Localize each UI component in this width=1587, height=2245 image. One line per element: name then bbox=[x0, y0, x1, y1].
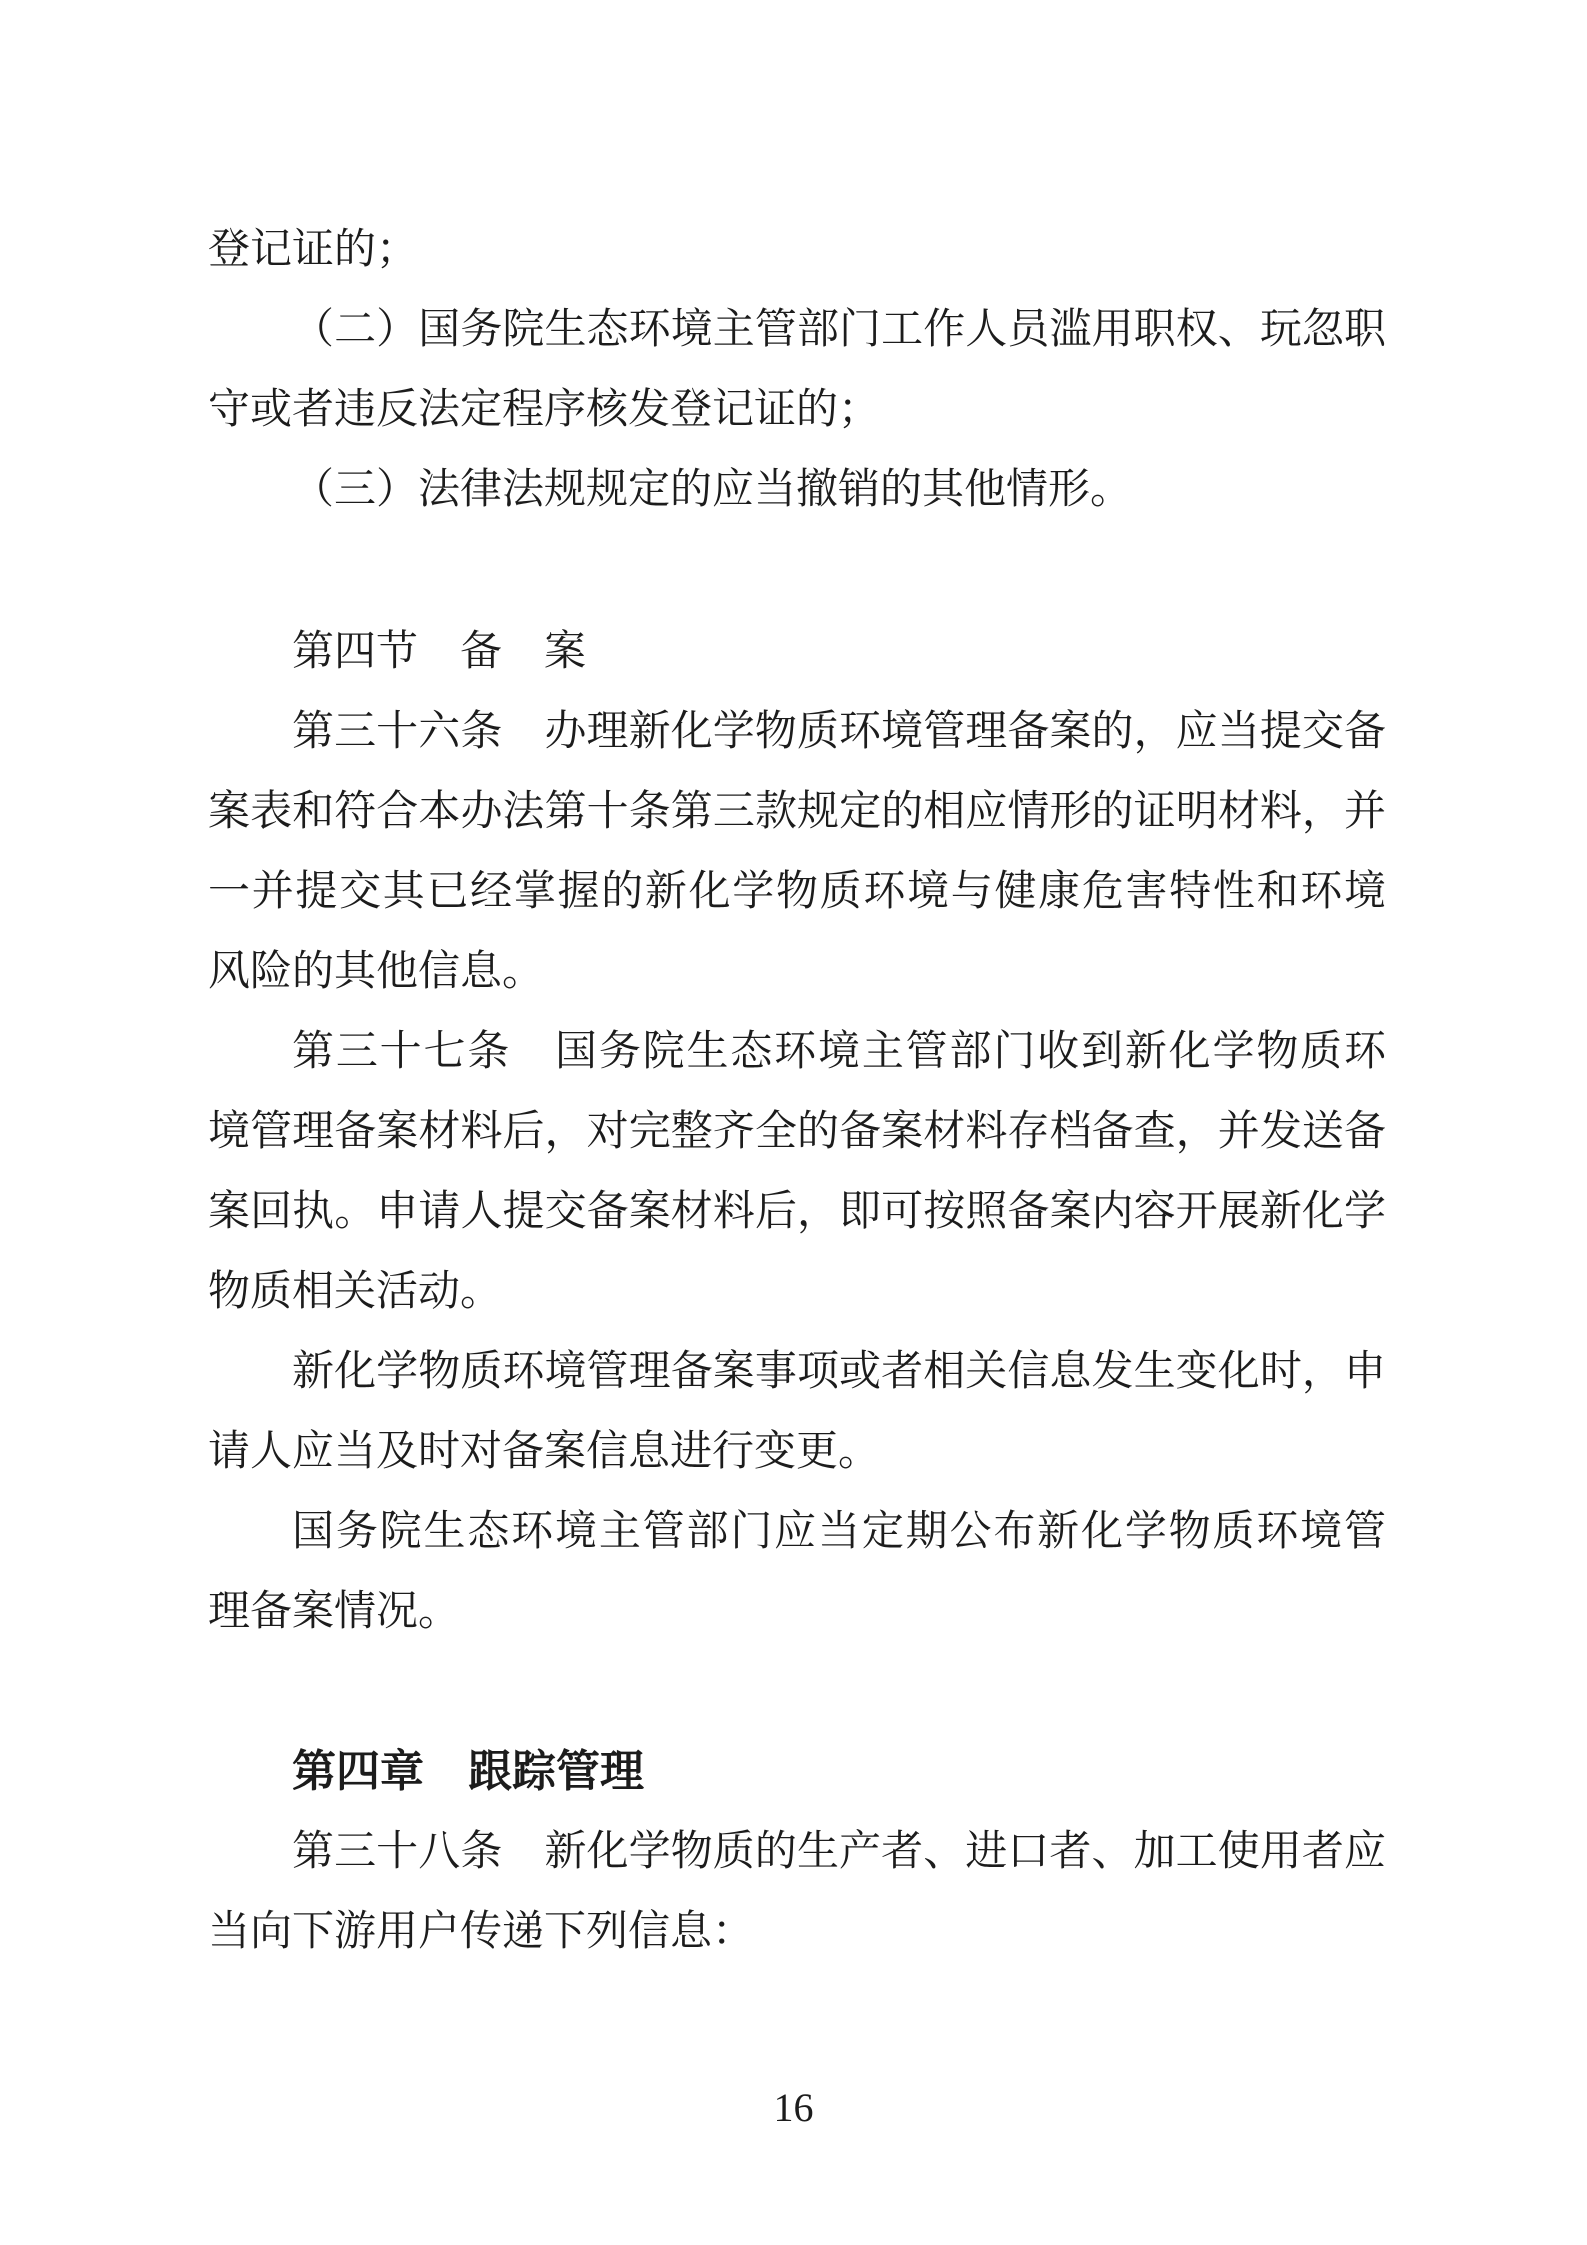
body-line: 一并提交其已经掌握的新化学物质环境与健康危害特性和环境 bbox=[208, 852, 1386, 932]
document-page: 登记证的； （二）国务院生态环境主管部门工作人员滥用职权、玩忽职 守或者违反法定… bbox=[0, 0, 1587, 2245]
section-heading: 第四节 备 案 bbox=[208, 612, 1386, 692]
page-number: 16 bbox=[0, 2068, 1587, 2148]
chapter-heading: 第四章 跟踪管理 bbox=[208, 1732, 1386, 1812]
body-line: 新化学物质环境管理备案事项或者相关信息发生变化时，申 bbox=[208, 1332, 1386, 1412]
body-line: 案回执。申请人提交备案材料后，即可按照备案内容开展新化学 bbox=[208, 1172, 1386, 1252]
body-line: 风险的其他信息。 bbox=[208, 932, 1386, 1012]
body-line: 当向下游用户传递下列信息： bbox=[208, 1892, 1386, 1972]
body-line: 第三十七条 国务院生态环境主管部门收到新化学物质环 bbox=[208, 1012, 1386, 1092]
document-body: 登记证的； （二）国务院生态环境主管部门工作人员滥用职权、玩忽职 守或者违反法定… bbox=[208, 210, 1386, 1972]
body-line: 境管理备案材料后，对完整齐全的备案材料存档备查，并发送备 bbox=[208, 1092, 1386, 1172]
body-line: 第三十八条 新化学物质的生产者、进口者、加工使用者应 bbox=[208, 1812, 1386, 1892]
body-line: 案表和符合本办法第十条第三款规定的相应情形的证明材料，并 bbox=[208, 772, 1386, 852]
body-line: 请人应当及时对备案信息进行变更。 bbox=[208, 1412, 1386, 1492]
body-line: （二）国务院生态环境主管部门工作人员滥用职权、玩忽职 bbox=[208, 290, 1386, 370]
body-line: 第三十六条 办理新化学物质环境管理备案的，应当提交备 bbox=[208, 692, 1386, 772]
body-line: 登记证的； bbox=[208, 210, 1386, 290]
body-line: 国务院生态环境主管部门应当定期公布新化学物质环境管 bbox=[208, 1492, 1386, 1572]
body-line: 理备案情况。 bbox=[208, 1572, 1386, 1652]
body-line: （三）法律法规规定的应当撤销的其他情形。 bbox=[208, 450, 1386, 530]
body-line: 守或者违反法定程序核发登记证的； bbox=[208, 370, 1386, 450]
body-line: 物质相关活动。 bbox=[208, 1252, 1386, 1332]
